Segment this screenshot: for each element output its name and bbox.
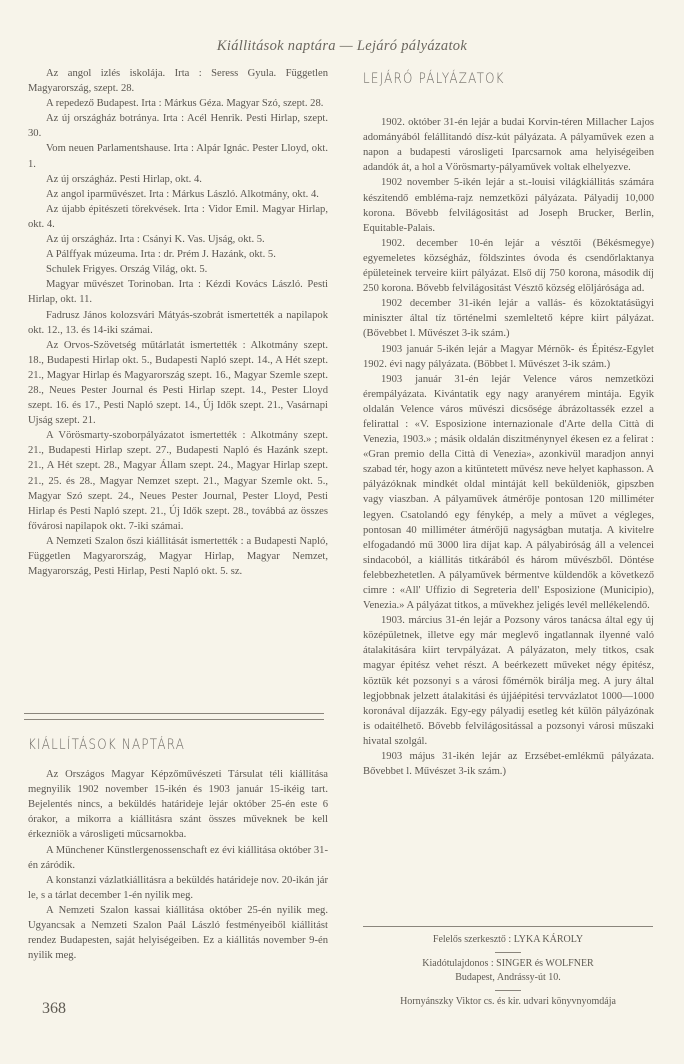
magazine-page: Kiállitások naptára — Lejáró pályázatok … bbox=[0, 0, 684, 1064]
exhibition-entry: Az Országos Magyar Képzőművészeti Társul… bbox=[28, 767, 328, 842]
running-head: Kiállitások naptára — Lejáró pályázatok bbox=[0, 38, 684, 55]
competition-entry: 1902 december 31-ikén lejár a vallás- és… bbox=[363, 296, 654, 341]
press-mentions-column: Az angol izlés iskolája. Irta : Seress G… bbox=[28, 66, 328, 579]
short-rule-divider bbox=[495, 952, 521, 953]
press-mention: Magyar művészet Torinoban. Irta : Kézdi … bbox=[28, 277, 328, 307]
press-mention: Az angol iparművészet. Irta : Márkus Lás… bbox=[28, 187, 328, 202]
short-rule-divider bbox=[495, 990, 521, 991]
competition-entry: 1903 január 31-én lejár Velence város ne… bbox=[363, 372, 654, 614]
press-mention: Az új országház. Pesti Hirlap, okt. 4. bbox=[28, 172, 328, 187]
press-mention: Az angol izlés iskolája. Irta : Seress G… bbox=[28, 66, 328, 96]
press-mention: A Vörösmarty-szoborpályázatot ismertetté… bbox=[28, 428, 328, 534]
exhibition-entry: A konstanzi vázlatkiállitásra a beküldés… bbox=[28, 873, 328, 903]
press-mention: Az Orvos-Szövetség műtárlatát ismertetté… bbox=[28, 338, 328, 429]
exhibitions-section-title: KIÁLLÍTÁSOK NAPTÁRA bbox=[28, 738, 274, 753]
competition-entry: 1903. március 31-én lejár a Pozsony váro… bbox=[363, 613, 654, 749]
imprint-address: Budapest, Andrássy-út 10. bbox=[363, 971, 653, 985]
imprint: Felelős szerkesztő : LYKA KÁROLY Kiadótu… bbox=[363, 933, 653, 1009]
press-mention: Schulek Frigyes. Ország Világ, okt. 5. bbox=[28, 262, 328, 277]
press-mention: Az új országház. Irta : Csányi K. Vas. U… bbox=[28, 232, 328, 247]
competition-entry: 1903 május 31-ikén lejár az Erzsébet-eml… bbox=[363, 749, 654, 779]
press-mention: Az új országház botránya. Irta : Acél He… bbox=[28, 111, 328, 141]
imprint-printer: Hornyánszky Viktor cs. és kir. udvari kö… bbox=[363, 995, 653, 1009]
press-mention: A Pálffyak múzeuma. Irta : dr. Prém J. H… bbox=[28, 247, 328, 262]
competitions-section-title: LEJÁRÓ PÁLYÁZATOK bbox=[363, 72, 602, 87]
exhibition-entry: A Münchener Künstlergenossenschaft ez év… bbox=[28, 843, 328, 873]
exhibitions-section: KIÁLLÍTÁSOK NAPTÁRA Az Országos Magyar K… bbox=[28, 738, 328, 963]
imprint-rule bbox=[363, 926, 653, 927]
press-mention: Az újabb épitészeti törekvések. Irta : V… bbox=[28, 202, 328, 232]
imprint-editor: Felelős szerkesztő : LYKA KÁROLY bbox=[363, 933, 653, 947]
competitions-section: LEJÁRÓ PÁLYÁZATOK 1902. október 31-én le… bbox=[363, 72, 654, 779]
imprint-publisher: Kiadótulajdonos : SINGER és WOLFNER bbox=[363, 957, 653, 971]
double-rule-divider bbox=[24, 713, 324, 721]
press-mention: Vom neuen Parlamentshause. Irta : Alpár … bbox=[28, 141, 328, 171]
exhibition-entry: A Nemzeti Szalon kassai kiállitása októb… bbox=[28, 903, 328, 963]
page-number: 368 bbox=[42, 1000, 66, 1018]
competition-entry: 1902 november 5-ikén lejár a st.-louisi … bbox=[363, 175, 654, 235]
competition-entry: 1902. december 10-én lejár a vésztői (Bé… bbox=[363, 236, 654, 296]
competition-entry: 1903 január 5-ikén lejár a Magyar Mérnök… bbox=[363, 342, 654, 372]
competition-entry: 1902. október 31-én lejár a budai Korvin… bbox=[363, 115, 654, 175]
press-mention: Fadrusz János kolozsvári Mátyás-szobrát … bbox=[28, 308, 328, 338]
press-mention: A repedező Budapest. Irta : Márkus Géza.… bbox=[28, 96, 328, 111]
press-mention: A Nemzeti Szalon őszi kiállitását ismert… bbox=[28, 534, 328, 579]
